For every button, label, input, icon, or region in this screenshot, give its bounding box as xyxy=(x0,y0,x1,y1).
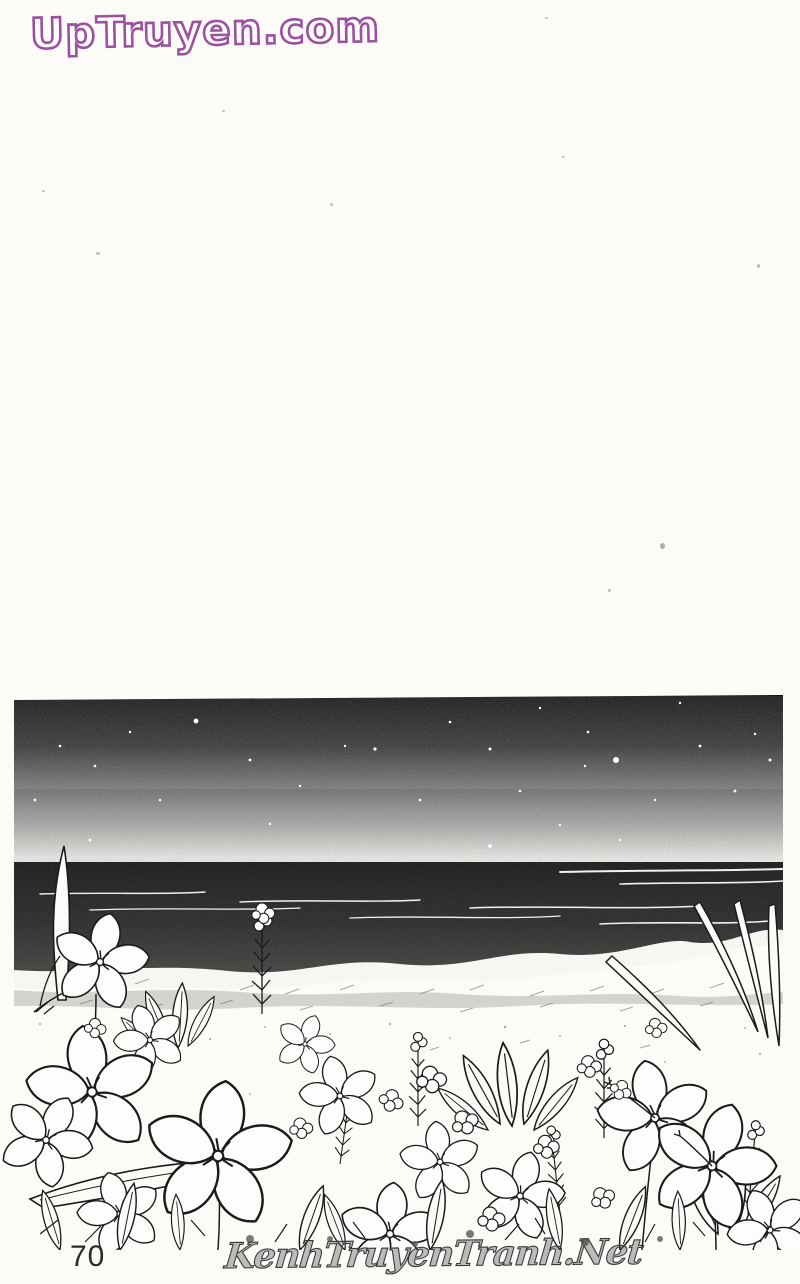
night-sky xyxy=(14,695,783,863)
dust-speck xyxy=(545,17,548,19)
blossom-cluster xyxy=(290,1118,313,1138)
dust-speck xyxy=(330,203,333,206)
dust-speck xyxy=(608,589,611,592)
blossom-cluster xyxy=(577,1056,601,1078)
blossom-cluster xyxy=(376,1086,407,1116)
dust-speck xyxy=(42,190,45,192)
dust-speck xyxy=(757,264,760,268)
manga-panel-night-beach-illustration xyxy=(0,694,800,1250)
dust-speck xyxy=(562,156,565,158)
dust-speck xyxy=(96,252,100,255)
dust-speck xyxy=(660,543,665,549)
pansy-flower-large xyxy=(132,1073,303,1237)
uptruyen-watermark: UpTruyen.com xyxy=(30,5,351,58)
scanned-manga-page: UpTruyen.com xyxy=(0,0,800,1284)
blossom-cluster xyxy=(588,1183,618,1212)
blossom-cluster xyxy=(645,1018,667,1037)
dust-speck xyxy=(222,110,225,112)
kenhtruyentranh-watermark: KenhTruyenTranh.Net xyxy=(223,1232,607,1277)
page-number: 70 xyxy=(70,1240,105,1274)
dark-sea xyxy=(14,862,783,1012)
